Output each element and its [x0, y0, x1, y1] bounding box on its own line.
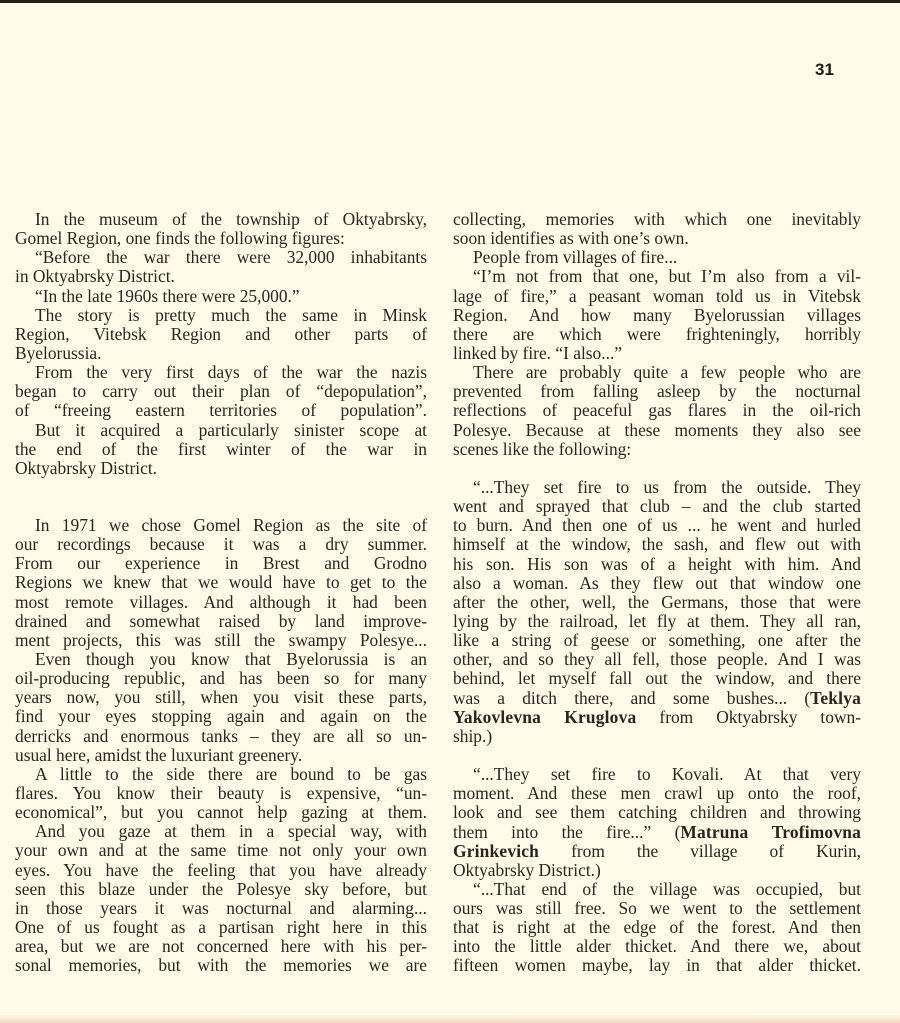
text-line: Oktyabrsky District.	[15, 459, 427, 478]
text-line: like a string of geese or something, one…	[453, 631, 861, 650]
text-line: the end of the first winter of the war i…	[15, 440, 427, 459]
text-line: Region. And how many Byelorussian villag…	[453, 306, 861, 325]
text-line: lying by the railroad, let fly at them. …	[453, 612, 861, 631]
text-line: Region, Vitebsk Region and other parts o…	[15, 325, 427, 344]
text-line: of “freeing eastern territories of popul…	[15, 401, 427, 420]
text-line: Yakovlevna Kruglova from Oktyabrsky town…	[453, 708, 861, 727]
paragraph: In the museum of the township of Oktyabr…	[15, 210, 427, 248]
right-column: collecting, memories with which one inev…	[453, 210, 861, 976]
text-line: Polesye. Because at these moments they a…	[453, 421, 861, 440]
text-line: your own and at the same time not only y…	[15, 841, 427, 860]
text-line: In 1971 we chose Gomel Region as the sit…	[15, 516, 427, 535]
text-line: was a ditch there, and some bushes... (T…	[453, 689, 861, 708]
text-line: most remote villages. And although it ha…	[15, 593, 427, 612]
paragraph: In 1971 we chose Gomel Region as the sit…	[15, 516, 427, 650]
speaker-name: Yakovlevna Kruglova	[453, 707, 636, 727]
paragraph: The story is pretty much the same in Min…	[15, 306, 427, 363]
text-line: ship.)	[453, 727, 861, 746]
text-line: seen this blaze under the Polesye sky be…	[15, 880, 427, 899]
text-line: began to carry out their plan of “depopu…	[15, 382, 427, 401]
text-line: went and sprayed that club – and the clu…	[453, 497, 861, 516]
text-line: flares. You know their beauty is expensi…	[15, 784, 427, 803]
text-line: look and see them catching children and …	[453, 803, 861, 822]
text-line: area, but we are not concerned here with…	[15, 937, 427, 956]
paragraph: A little to the side there are bound to …	[15, 765, 427, 822]
speaker-name: Teklya	[810, 688, 861, 708]
text-line: The story is pretty much the same in Min…	[15, 306, 427, 325]
left-column: In the museum of the township of Oktyabr…	[15, 210, 427, 975]
text-line: behind, let myself fall out the window, …	[453, 669, 861, 688]
text-line: his son. His son was of a height with hi…	[453, 555, 861, 574]
text-line: economical”, but you cannot help gazing …	[15, 803, 427, 822]
text-line: to burn. And then one of us ... he went …	[453, 516, 861, 535]
text-line: But it acquired a particularly sinister …	[15, 421, 427, 440]
paragraph: From the very first days of the war the …	[15, 363, 427, 420]
text-fragment: them into the fire...” (	[453, 822, 680, 842]
text-line: Oktyabrsky District.)	[453, 861, 861, 880]
testimony-continued: “...That end of the village was occupied…	[453, 880, 861, 976]
text-line: himself at the window, the sash, and fle…	[453, 535, 861, 554]
paragraph: “I’m not from that one, but I’m also fro…	[453, 267, 861, 363]
text-line: there are which were frighteningly, horr…	[453, 325, 861, 344]
text-line: in Oktyabrsky District.	[15, 267, 427, 286]
paragraph: People from villages of fire...	[453, 248, 861, 267]
text-line: “...That end of the village was occupied…	[453, 880, 861, 899]
text-line: our recordings because it was a dry summ…	[15, 535, 427, 554]
text-line: In the museum of the township of Oktyabr…	[15, 210, 427, 229]
paragraph: There are probably quite a few people wh…	[453, 363, 861, 459]
quote-break	[453, 459, 861, 478]
page-number: 31	[815, 60, 834, 80]
text-line: “...They set fire to us from the outside…	[453, 478, 861, 497]
text-fragment: from the village of Kurin,	[539, 841, 861, 861]
text-line: sonal memories, but with the memories we…	[15, 956, 427, 975]
quote-break	[453, 746, 861, 765]
speaker-name: Matruna Trofimovna	[680, 822, 861, 842]
text-line: Byelorussia.	[15, 344, 427, 363]
text-line: Gomel Region, one finds the following fi…	[15, 229, 427, 248]
text-line: moment. And these men crawl up onto the …	[453, 784, 861, 803]
text-line: “I’m not from that one, but I’m also fro…	[453, 267, 861, 286]
text-line: soon identifies as with one’s own.	[453, 229, 861, 248]
paragraph: Even though you know that Byelorussia is…	[15, 650, 427, 765]
text-line: ours was still free. So we went to the s…	[453, 899, 861, 918]
paragraph: collecting, memories with which one inev…	[453, 210, 861, 248]
text-line: Regions we knew that we would have to ge…	[15, 573, 427, 592]
text-line: “...They set fire to Kovali. At that ver…	[453, 765, 861, 784]
text-line: in those years it was nocturnal and alar…	[15, 899, 427, 918]
text-line: prevented from falling asleep by the noc…	[453, 382, 861, 401]
text-line: drained and somewhat raised by land impr…	[15, 612, 427, 631]
text-line: collecting, memories with which one inev…	[453, 210, 861, 229]
text-line: into the little alder thicket. And there…	[453, 937, 861, 956]
text-line: oil-producing republic, and has been so …	[15, 669, 427, 688]
text-line: find your eyes stopping again and again …	[15, 707, 427, 726]
text-line: Grinkevich from the village of Kurin,	[453, 842, 861, 861]
paragraph: And you gaze at them in a special way, w…	[15, 822, 427, 975]
text-line: that is right at the edge of the forest.…	[453, 918, 861, 937]
text-line: From the very first days of the war the …	[15, 363, 427, 382]
testimony-grinkevich: “...They set fire to Kovali. At that ver…	[453, 765, 861, 880]
text-line: them into the fire...” (Matruna Trofimov…	[453, 823, 861, 842]
text-line: And you gaze at them in a special way, w…	[15, 822, 427, 841]
text-fragment: was a ditch there, and some bushes... (	[453, 688, 810, 708]
text-line: ment projects, this was still the swampy…	[15, 631, 427, 650]
text-line: eyes. You have the feeling that you have…	[15, 861, 427, 880]
text-line: There are probably quite a few people wh…	[453, 363, 861, 382]
text-line: One of us fought as a partisan right her…	[15, 918, 427, 937]
text-line: years now, you still, when you visit the…	[15, 688, 427, 707]
paragraph: “In the late 1960s there were 25,000.”	[15, 287, 427, 306]
text-line: Even though you know that Byelorussia is…	[15, 650, 427, 669]
paragraph: “Before the war there were 32,000 inhabi…	[15, 248, 427, 286]
text-line: scenes like the following:	[453, 440, 861, 459]
text-line: From our experience in Brest and Grodno	[15, 554, 427, 573]
text-line: linked by fire. “I also...”	[453, 344, 861, 363]
text-line: fifteen women maybe, lay in that alder t…	[453, 956, 861, 975]
text-fragment: from Oktyabrsky town-	[636, 707, 861, 727]
section-break	[15, 478, 427, 516]
speaker-name: Grinkevich	[453, 841, 539, 861]
text-line: usual here, amidst the luxuriant greener…	[15, 746, 427, 765]
text-line: after the other, well, the Germans, thos…	[453, 593, 861, 612]
text-line: reflections of peaceful gas flares in th…	[453, 401, 861, 420]
text-line: lage of fire,” a peasant woman told us i…	[453, 287, 861, 306]
text-line: other, and so they all fell, those peopl…	[453, 650, 861, 669]
text-line: “Before the war there were 32,000 inhabi…	[15, 248, 427, 267]
text-line: People from villages of fire...	[453, 248, 861, 267]
paragraph: But it acquired a particularly sinister …	[15, 421, 427, 478]
page-bottom-edge	[0, 1015, 900, 1023]
text-line: “In the late 1960s there were 25,000.”	[15, 287, 427, 306]
text-line: derricks and enormous tanks – they are a…	[15, 727, 427, 746]
text-line: also a woman. As they flew out that wind…	[453, 574, 861, 593]
text-line: A little to the side there are bound to …	[15, 765, 427, 784]
page-top-edge	[0, 0, 900, 3]
testimony-kruglova: “...They set fire to us from the outside…	[453, 478, 861, 746]
